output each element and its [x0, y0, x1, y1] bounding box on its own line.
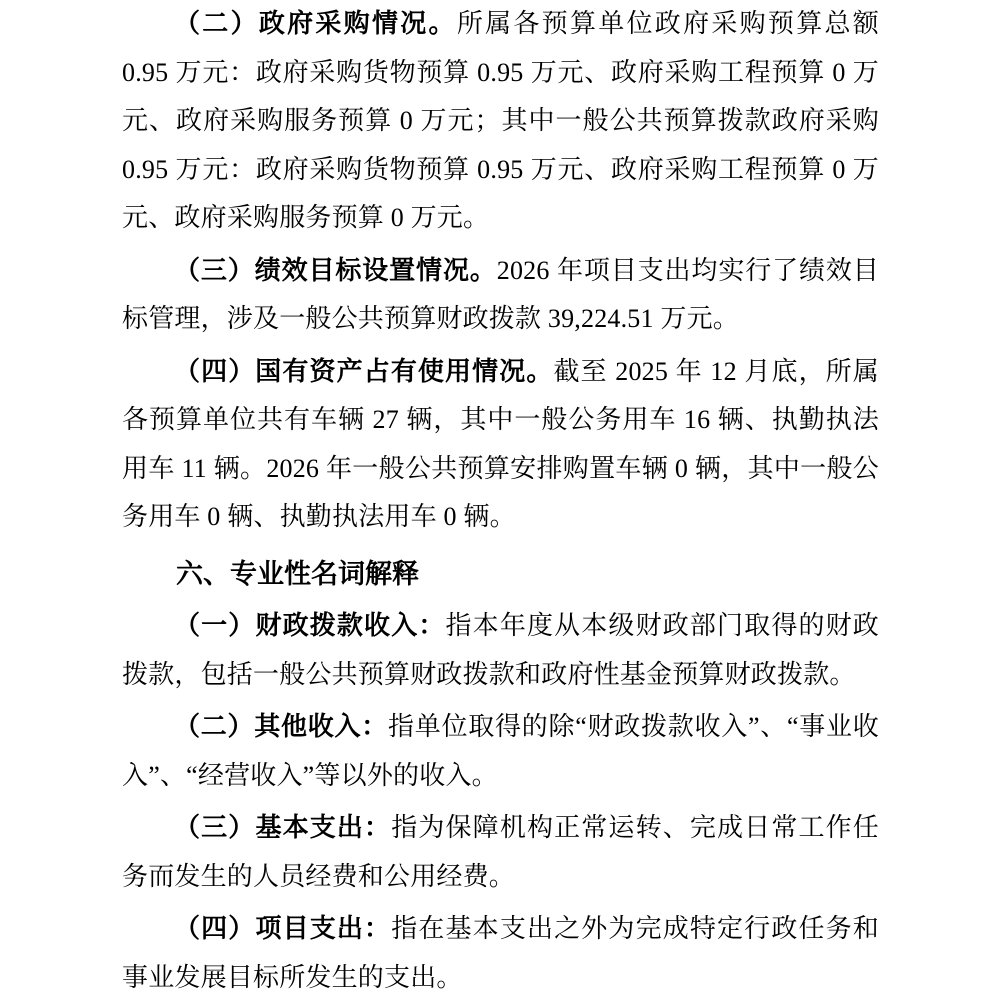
paragraph-lead-project-expenditure: （四）项目支出：	[174, 914, 391, 943]
paragraph-lead-government-procurement: （二）政府采购情况。	[174, 9, 457, 38]
paragraph-government-procurement: （二）政府采购情况。所属各预算单位政府采购预算总额 0.95 万元：政府采购货物…	[122, 0, 879, 243]
section-heading-terminology: 六、专业性名词解释	[122, 550, 879, 599]
paragraph-lead-state-owned-assets: （四）国有资产占有使用情况。	[174, 357, 553, 386]
paragraph-lead-basic-expenditure: （三）基本支出：	[174, 813, 391, 842]
paragraph-body-government-procurement: 所属各预算单位政府采购预算总额 0.95 万元：政府采购货物预算 0.95 万元…	[122, 9, 879, 232]
paragraph-def-fiscal-appropriation-income: （一）财政拨款收入：指本年度从本级财政部门取得的财政拨款，包括一般公共预算财政拨…	[122, 602, 879, 699]
paragraph-state-owned-assets: （四）国有资产占有使用情况。截至 2025 年 12 月底，所属各预算单位共有车…	[122, 348, 879, 542]
paragraph-def-basic-expenditure: （三）基本支出：指为保障机构正常运转、完成日常工作任务而发生的人员经费和公用经费…	[122, 804, 879, 901]
paragraph-def-project-expenditure: （四）项目支出：指在基本支出之外为完成特定行政任务和事业发展目标所发生的支出。	[122, 905, 879, 1002]
paragraph-def-other-income: （二）其他收入：指单位取得的除“财政拨款收入”、“事业收入”、“经营收入”等以外…	[122, 703, 879, 800]
paragraph-lead-fiscal-appropriation-income: （一）财政拨款收入：	[174, 611, 446, 640]
paragraph-lead-performance-targets: （三）绩效目标设置情况。	[174, 256, 497, 285]
paragraph-lead-other-income: （二）其他收入：	[174, 712, 388, 741]
document-page: （二）政府采购情况。所属各预算单位政府采购预算总额 0.95 万元：政府采购货物…	[122, 0, 879, 1002]
paragraph-performance-targets: （三）绩效目标设置情况。2026 年项目支出均实行了绩效目标管理，涉及一般公共预…	[122, 247, 879, 344]
